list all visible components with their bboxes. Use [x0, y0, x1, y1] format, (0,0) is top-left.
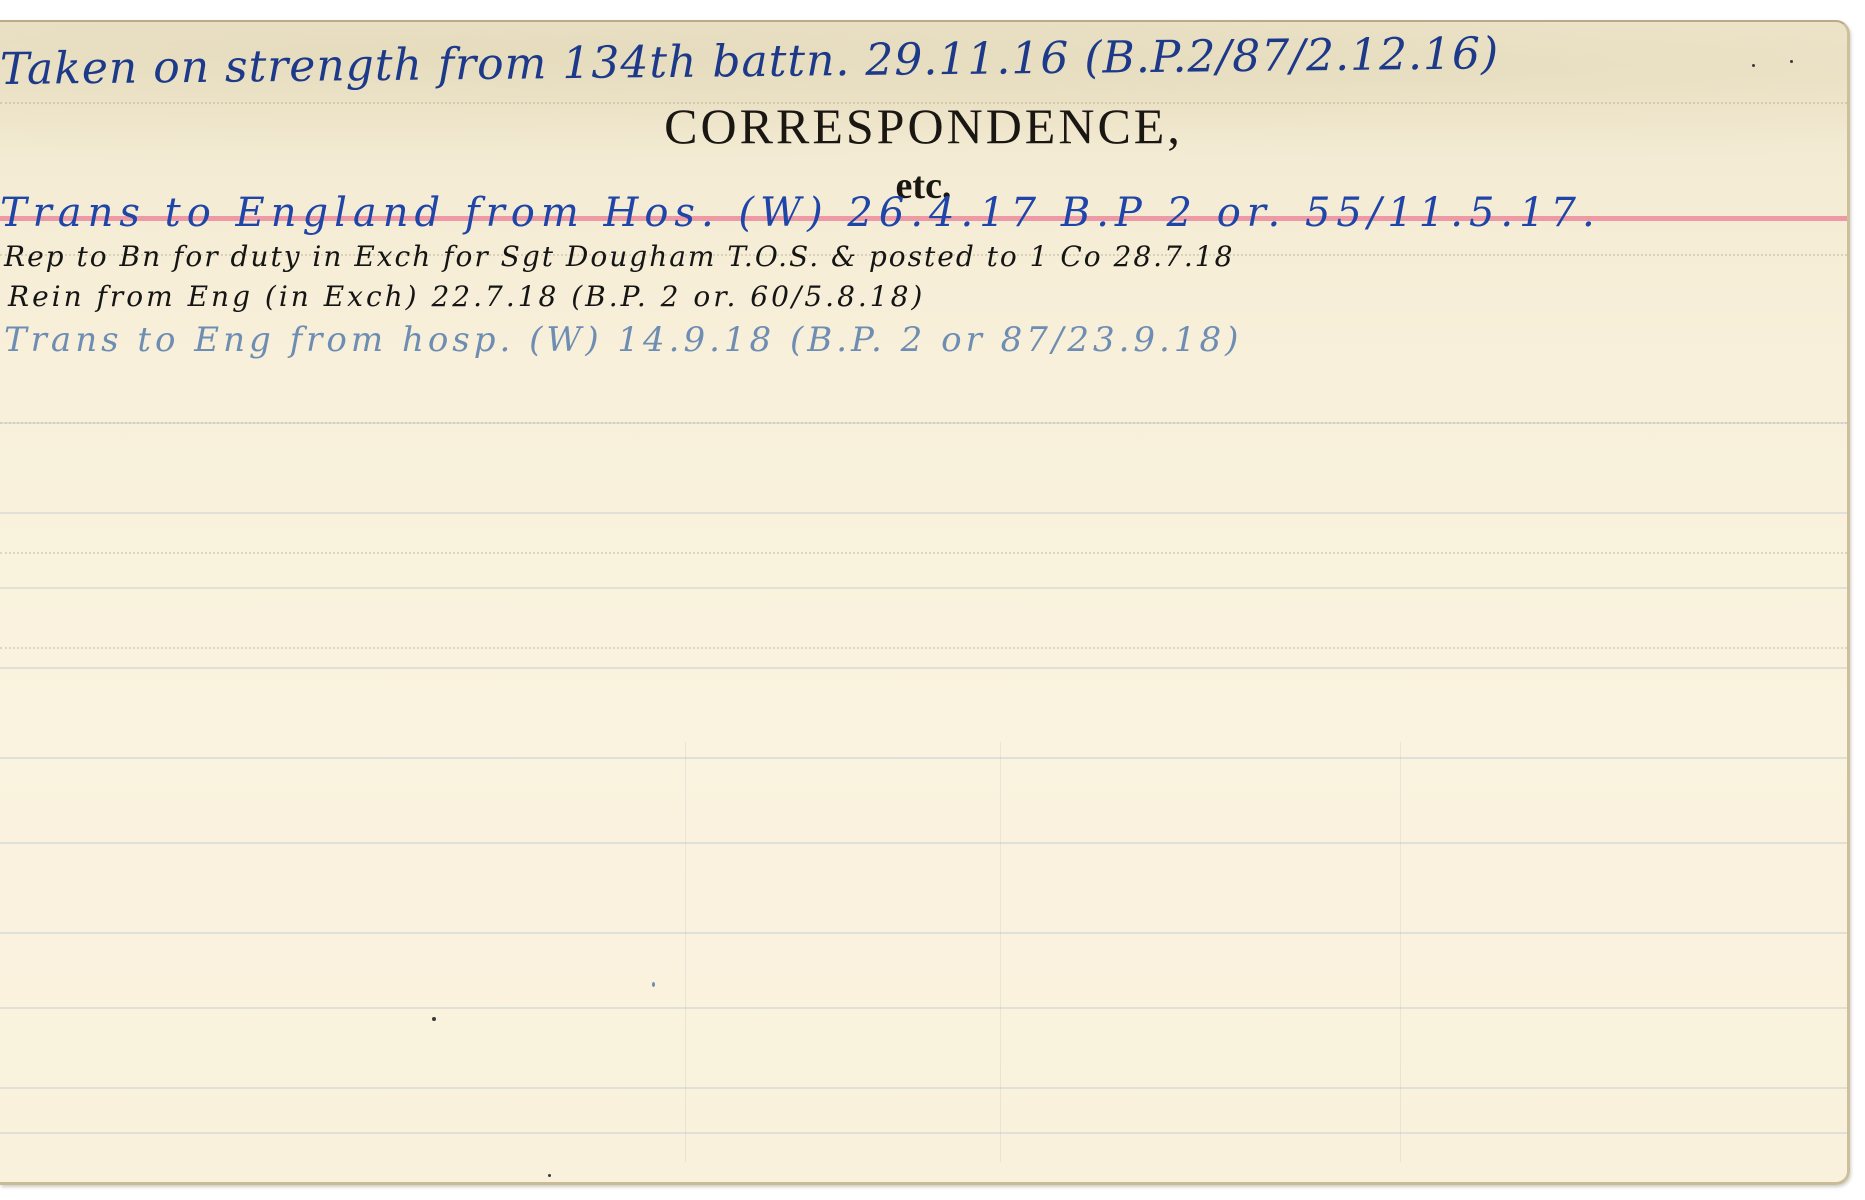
ruled-line: [0, 422, 1847, 424]
column-line: [1000, 742, 1001, 1162]
ruled-line: [0, 757, 1847, 759]
column-line: [1400, 742, 1401, 1162]
ruled-line: [0, 667, 1847, 669]
ink-speck: [652, 982, 655, 987]
ruled-line: [0, 587, 1847, 589]
entry-trans-to-eng-1918: Trans to Eng from hosp. (W) 14.9.18 (B.P…: [4, 320, 1242, 360]
ruled-line: [0, 1007, 1847, 1009]
card-heading: CORRESPONDENCE,: [0, 97, 1847, 155]
ruled-line: [0, 1132, 1847, 1134]
ink-speck: [548, 1174, 551, 1177]
ink-speck: [432, 1017, 436, 1021]
column-line: [685, 742, 686, 1162]
dotted-guide-rule: [0, 552, 1847, 554]
ink-speck: [1752, 64, 1755, 67]
ruled-line: [0, 1087, 1847, 1089]
ruled-line: [0, 512, 1847, 514]
ink-speck: [1790, 60, 1793, 63]
entry-taken-on-strength: Taken on strength from 134th battn. 29.1…: [0, 28, 1499, 95]
entry-rein-from-eng: Rein from Eng (in Exch) 22.7.18 (B.P. 2 …: [8, 280, 925, 313]
ruled-line: [0, 842, 1847, 844]
entry-rep-to-bn: Rep to Bn for duty in Exch for Sgt Dough…: [4, 240, 1234, 273]
record-card: CORRESPONDENCE, etc. Taken on strength f…: [0, 20, 1850, 1185]
entry-trans-to-england-1917: Trans to England from Hos. (W) 26.4.17 B…: [0, 190, 1601, 236]
dotted-guide-rule: [0, 647, 1847, 649]
ruled-line: [0, 932, 1847, 934]
